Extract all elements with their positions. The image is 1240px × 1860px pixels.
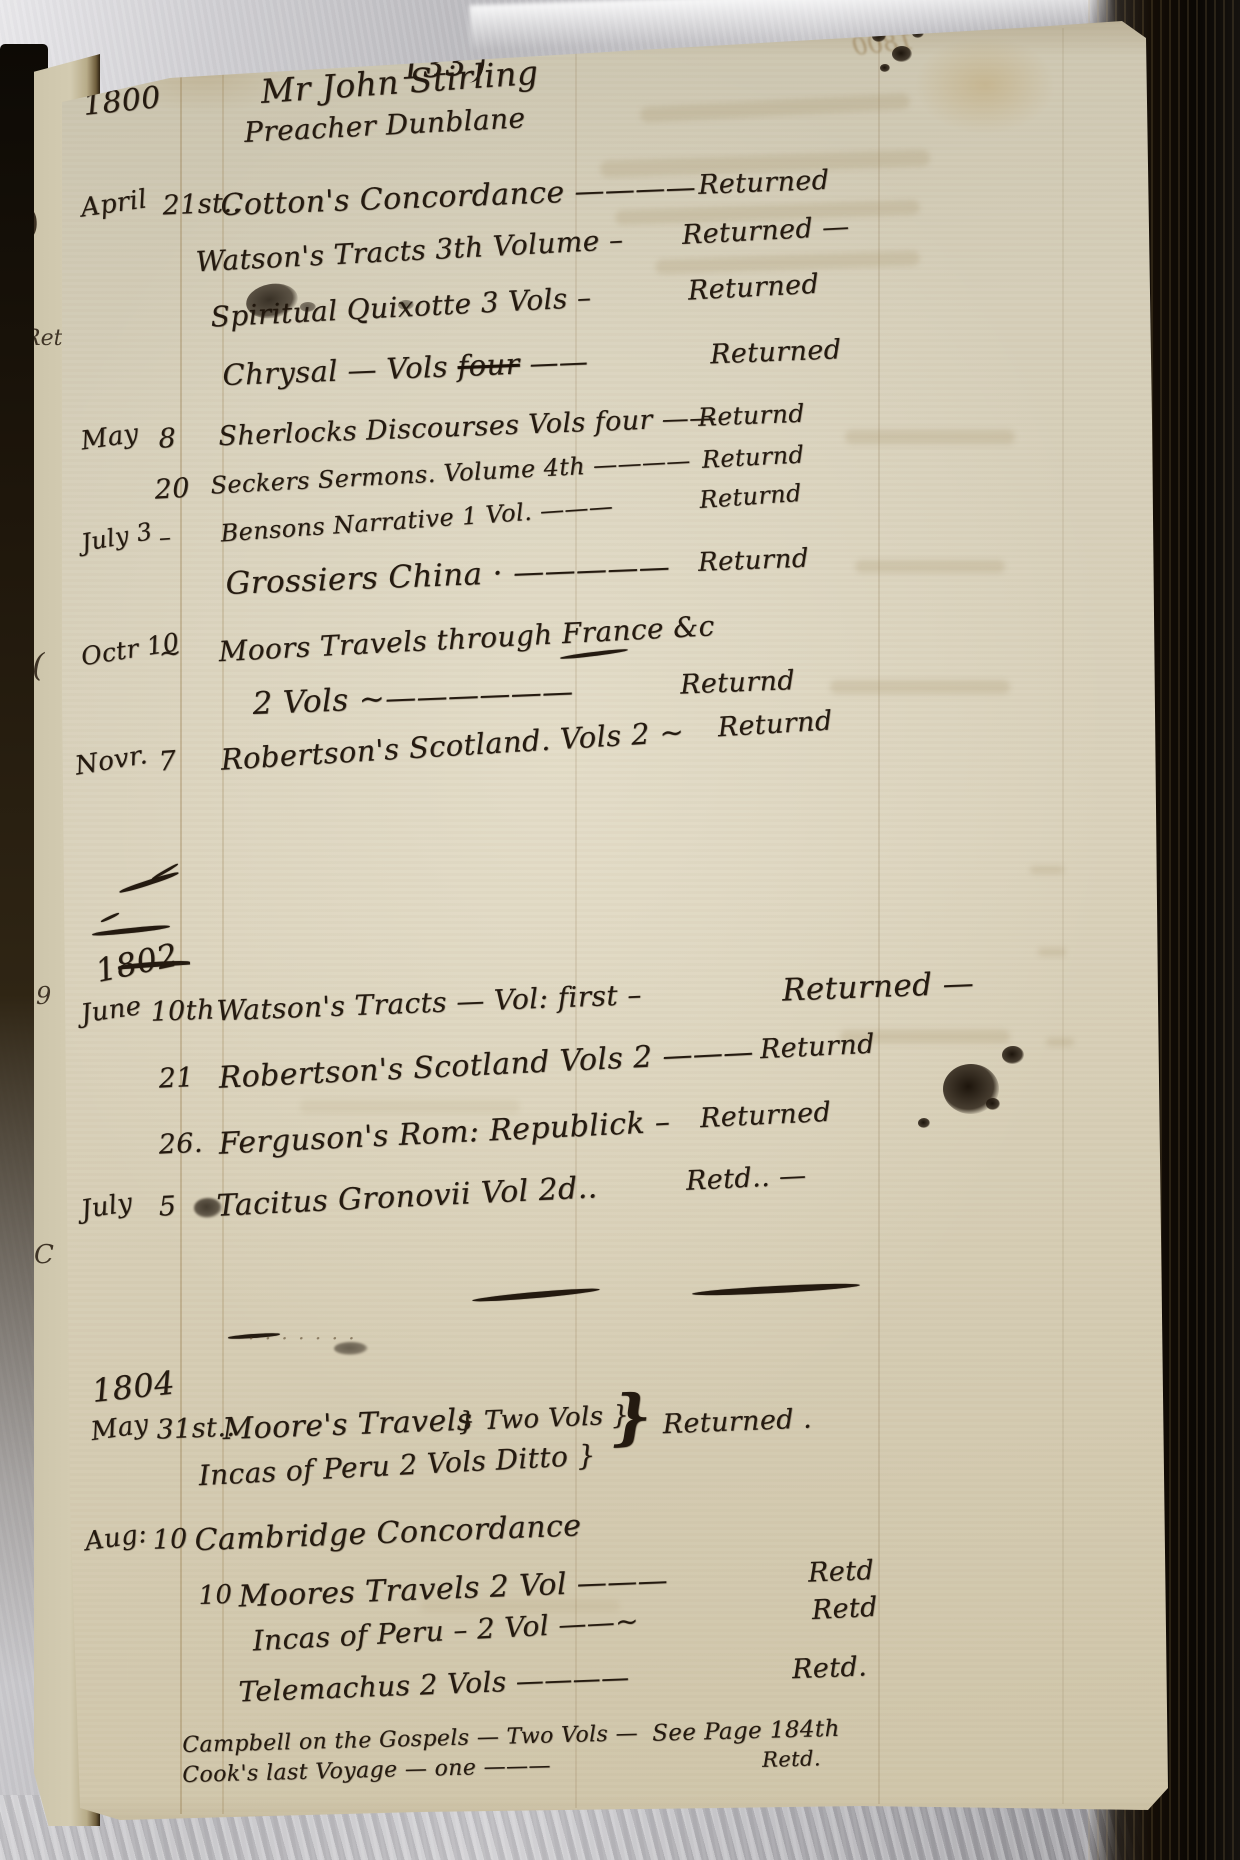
entry-status: Returned — [699, 1097, 832, 1134]
ink-smudge — [334, 1342, 368, 1355]
entry-title: Moors Travels through France &c — [218, 609, 716, 668]
entry-month: Novr. — [73, 740, 150, 782]
entry-month: May — [79, 419, 141, 457]
ink-smudge — [194, 1198, 222, 1218]
entry-status: Returnd — [701, 441, 805, 474]
entry-day: 8 — [158, 423, 177, 455]
entry-note-page-ref: See Page 184th — [652, 1716, 840, 1747]
year-heading-1804: 1804 — [90, 1364, 177, 1410]
ink-blot — [1002, 1046, 1024, 1064]
ink-blot — [892, 46, 912, 62]
entry-day: 10 — [152, 1524, 188, 1556]
ghost-bleed-line — [1030, 866, 1064, 874]
ink-blot — [300, 302, 316, 312]
entry-status: Returned — [710, 334, 842, 370]
verso-fragment: C — [34, 1240, 54, 1270]
entry-day: 10th — [150, 994, 215, 1027]
ghost-bleed-line — [640, 93, 910, 123]
entry-month: April — [79, 184, 149, 223]
entry-status: Returnd — [698, 479, 802, 514]
struck-word: four — [457, 347, 521, 383]
entry-month: Aug: — [83, 1519, 149, 1558]
ghost-bleed-line — [300, 1100, 520, 1114]
ink-blot — [918, 1118, 930, 1128]
entry-status: Retd. — [762, 1746, 821, 1772]
entry-status: Returnd — [717, 705, 834, 743]
ink-blot — [398, 300, 414, 310]
ledger-page: 1800 1800 133 Mr John Stirling Preacher … — [0, 0, 1240, 1860]
entry-title: Sherlocks Discourses Vols four —— — [218, 402, 717, 452]
ghost-bleed-line — [1038, 948, 1066, 956]
year-heading-1802: 1802 — [92, 936, 181, 990]
entry-title: Robertson's Scotland Vols 2 ——— — [218, 1035, 755, 1096]
entry-status: Retd — [807, 1555, 874, 1589]
verso-fragment: 9 — [36, 982, 51, 1010]
entry-status: Returnd — [680, 665, 796, 700]
entry-month: May — [89, 1409, 151, 1447]
pen-dash — [92, 924, 170, 937]
entry-status: Retd.. — — [685, 1160, 807, 1197]
brace-note: } Two Vols } — [458, 1401, 630, 1438]
ink-blot — [986, 1098, 1000, 1110]
entry-day: 26. — [158, 1128, 204, 1161]
photograph-of-ledger: ) Ret- ( 9 C 1800 1800 133 Mr John Stirl… — [0, 0, 1240, 1860]
entry-month: June — [79, 991, 144, 1029]
entry-status: Retd — [811, 1592, 879, 1626]
verso-fragment: ) — [34, 201, 44, 243]
entry-title: Cambridge Concordance — [194, 1508, 582, 1558]
entry-status: Returned — [687, 269, 820, 307]
verso-fragment: ( — [34, 646, 44, 684]
entry-day: 7 — [158, 746, 177, 778]
ink-blot — [880, 64, 890, 72]
pen-dash — [692, 1282, 860, 1298]
entry-title: Cotton's Concordance ———— — [220, 170, 697, 223]
entry-title: Tacitus Gronovii Vol 2d.. — [216, 1170, 598, 1224]
entry-title: Watson's Tracts — Vol: first – — [216, 978, 642, 1027]
entry-day: – — [158, 523, 172, 552]
entry-status: Returnd — [698, 544, 810, 578]
entry-day: 21 — [158, 1062, 195, 1095]
entry-day: 10 — [198, 1580, 233, 1611]
pen-dash — [119, 871, 180, 895]
entry-status: Returnd — [759, 1029, 875, 1066]
entry-day: 5 — [158, 1191, 177, 1223]
entry-day: 20 — [154, 473, 191, 506]
entry-day: ~ — [158, 637, 183, 669]
pen-dash — [100, 912, 119, 923]
entry-title: Chrysal — Vols four —— — [222, 344, 589, 392]
entry-month: July — [79, 1188, 135, 1226]
title-text: Chrysal — Vols — [222, 349, 458, 392]
entry-title: 2 Vols ~—————— — [252, 674, 574, 722]
entry-status: Retd. — [791, 1651, 867, 1685]
title-text: —— — [519, 344, 589, 381]
entry-status: Returned — — [781, 965, 974, 1008]
entry-status: Returned — [698, 165, 830, 201]
pen-dash — [472, 1286, 600, 1303]
entry-status: Returnd — [698, 399, 806, 432]
entry-title: Moore's Travels — [222, 1403, 473, 1448]
